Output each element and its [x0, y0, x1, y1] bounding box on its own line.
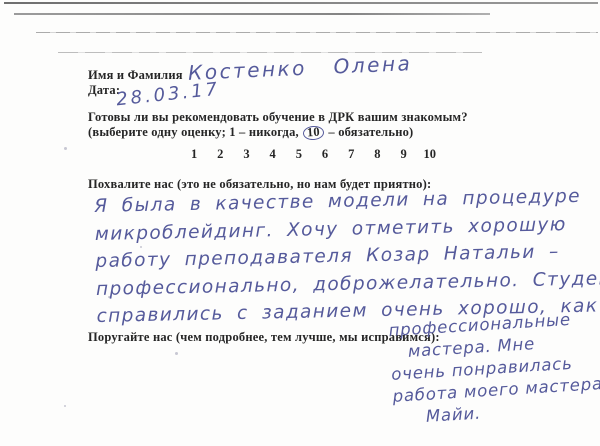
handwritten-name-value: Костенко Олена	[188, 51, 413, 85]
rating-option-1: 1	[181, 147, 207, 162]
rating-option-6: 6	[312, 147, 338, 162]
scan-edge-line	[58, 52, 482, 53]
rating-option-4: 4	[260, 147, 286, 162]
circled-rating-10: 10	[303, 125, 325, 140]
name-label: Имя и Фамилия	[88, 68, 183, 83]
scan-speck	[175, 352, 178, 355]
rating-option-8: 8	[364, 147, 390, 162]
rating-option-5: 5	[286, 147, 312, 162]
rating-option-10: 10	[417, 147, 443, 162]
rating-option-3: 3	[233, 147, 259, 162]
rating-scale-hint: (выберите одну оценку; 1 – никогда, 10 –…	[88, 125, 413, 140]
scan-edge-line	[14, 13, 490, 15]
rating-scale-row: 1 2 3 4 5 6 7 8 9 10	[181, 147, 443, 162]
rating-scale-hint-after: – обязательно)	[325, 125, 413, 139]
critique-section-label: Поругайте нас (чем подробнее, тем лучше,…	[88, 330, 440, 345]
handwritten-praise-overflow-text: профессиональные мастера. Мне очень понр…	[388, 307, 600, 430]
scanned-feedback-form: { "page": { "background": "#fdfdfc", "in…	[0, 0, 600, 446]
scan-edge-line	[36, 32, 598, 33]
recommend-question: Готовы ли вы рекомендовать обучение в ДР…	[88, 110, 468, 125]
scan-speck	[64, 405, 66, 407]
scan-edge-line	[4, 2, 598, 4]
handwritten-praise-text: Я была в качестве модели на процедуре ми…	[94, 182, 600, 331]
rating-option-2: 2	[207, 147, 233, 162]
scan-speck	[64, 147, 67, 150]
rating-option-7: 7	[338, 147, 364, 162]
rating-option-9: 9	[391, 147, 417, 162]
rating-scale-hint-before: (выберите одну оценку; 1 – никогда,	[88, 125, 302, 139]
handwritten-date-value: 28.03.17	[115, 79, 221, 111]
